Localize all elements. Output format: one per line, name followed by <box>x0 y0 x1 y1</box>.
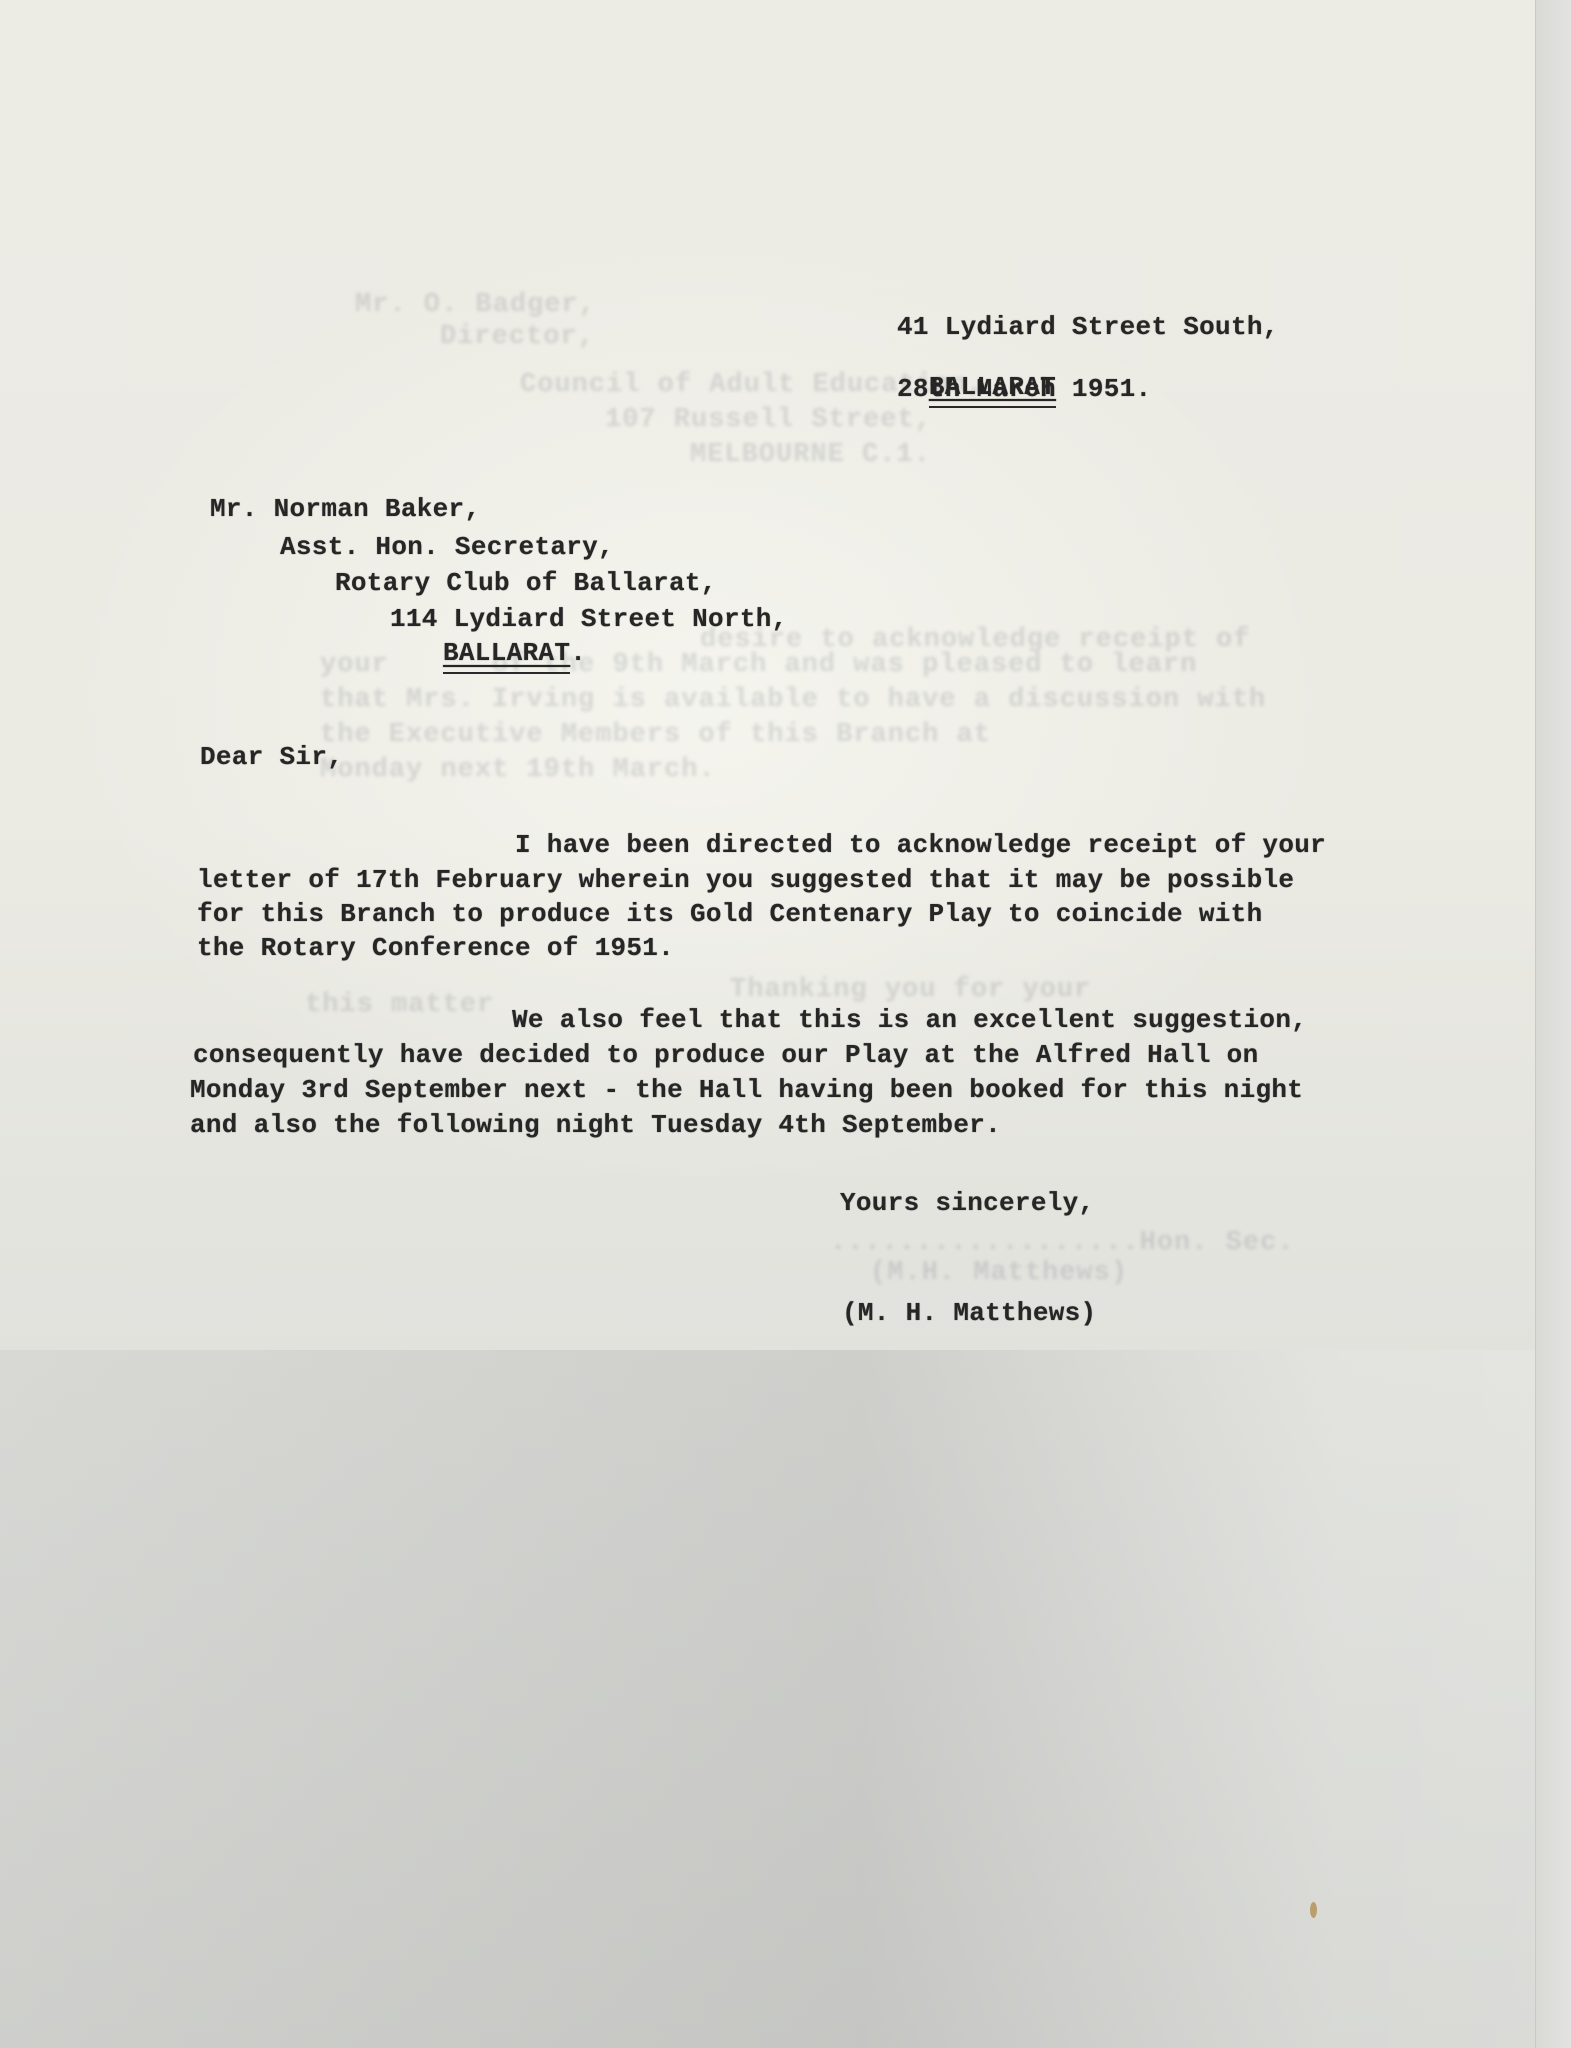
paragraph-2-line: consequently have decided to produce our… <box>193 1040 1258 1070</box>
signature: (M. H. Matthews) <box>842 1298 1096 1328</box>
page-shadow <box>0 1350 1571 2048</box>
recipient-title: Asst. Hon. Secretary, <box>280 532 614 562</box>
paragraph-1-line: letter of 17th February wherein you sugg… <box>197 865 1294 895</box>
show-through-line: Thanking you for your <box>730 975 1091 1005</box>
paragraph-2-line: Monday 3rd September next - the Hall hav… <box>190 1075 1303 1105</box>
paper-stain <box>1310 1902 1317 1918</box>
show-through-line: 107 Russell Street, <box>605 405 932 435</box>
show-through-line: that Mrs. Irving is available to have a … <box>320 685 1266 715</box>
paragraph-1-line: the Rotary Conference of 1951. <box>197 933 674 963</box>
page-edge <box>1535 0 1571 2048</box>
recipient-city-suffix: . <box>570 638 586 668</box>
paragraph-2-line: We also feel that this is an excellent s… <box>512 1005 1307 1035</box>
show-through-line: Director, <box>440 322 595 352</box>
recipient-street: 114 Lydiard Street North, <box>390 604 788 634</box>
show-through-line: Monday next 19th March. <box>320 755 716 785</box>
recipient-city-wrap: BALLARAT. <box>443 638 586 668</box>
show-through-line: MELBOURNE C.1. <box>690 440 931 470</box>
recipient-name: Mr. Norman Baker, <box>210 494 480 524</box>
show-through-line: this matter <box>305 990 494 1020</box>
recipient-city: BALLARAT <box>443 638 570 668</box>
show-through-line: (M.H. Matthews) <box>870 1258 1128 1288</box>
paragraph-1-line: I have been directed to acknowledge rece… <box>515 830 1326 860</box>
closing: Yours sincerely, <box>840 1188 1094 1218</box>
sender-street: 41 Lydiard Street South, <box>897 312 1279 342</box>
show-through-line: ..................Hon. Sec. <box>830 1228 1294 1258</box>
paragraph-1-line: for this Branch to produce its Gold Cent… <box>197 899 1262 929</box>
recipient-organisation: Rotary Club of Ballarat, <box>335 568 717 598</box>
letter-date: 28th March 1951. <box>897 374 1151 404</box>
paragraph-2-line: and also the following night Tuesday 4th… <box>190 1110 1001 1140</box>
show-through-line: Mr. O. Badger, <box>355 290 596 320</box>
show-through-line: the Executive Members of this Branch at <box>320 720 991 750</box>
salutation: Dear Sir, <box>200 742 343 772</box>
